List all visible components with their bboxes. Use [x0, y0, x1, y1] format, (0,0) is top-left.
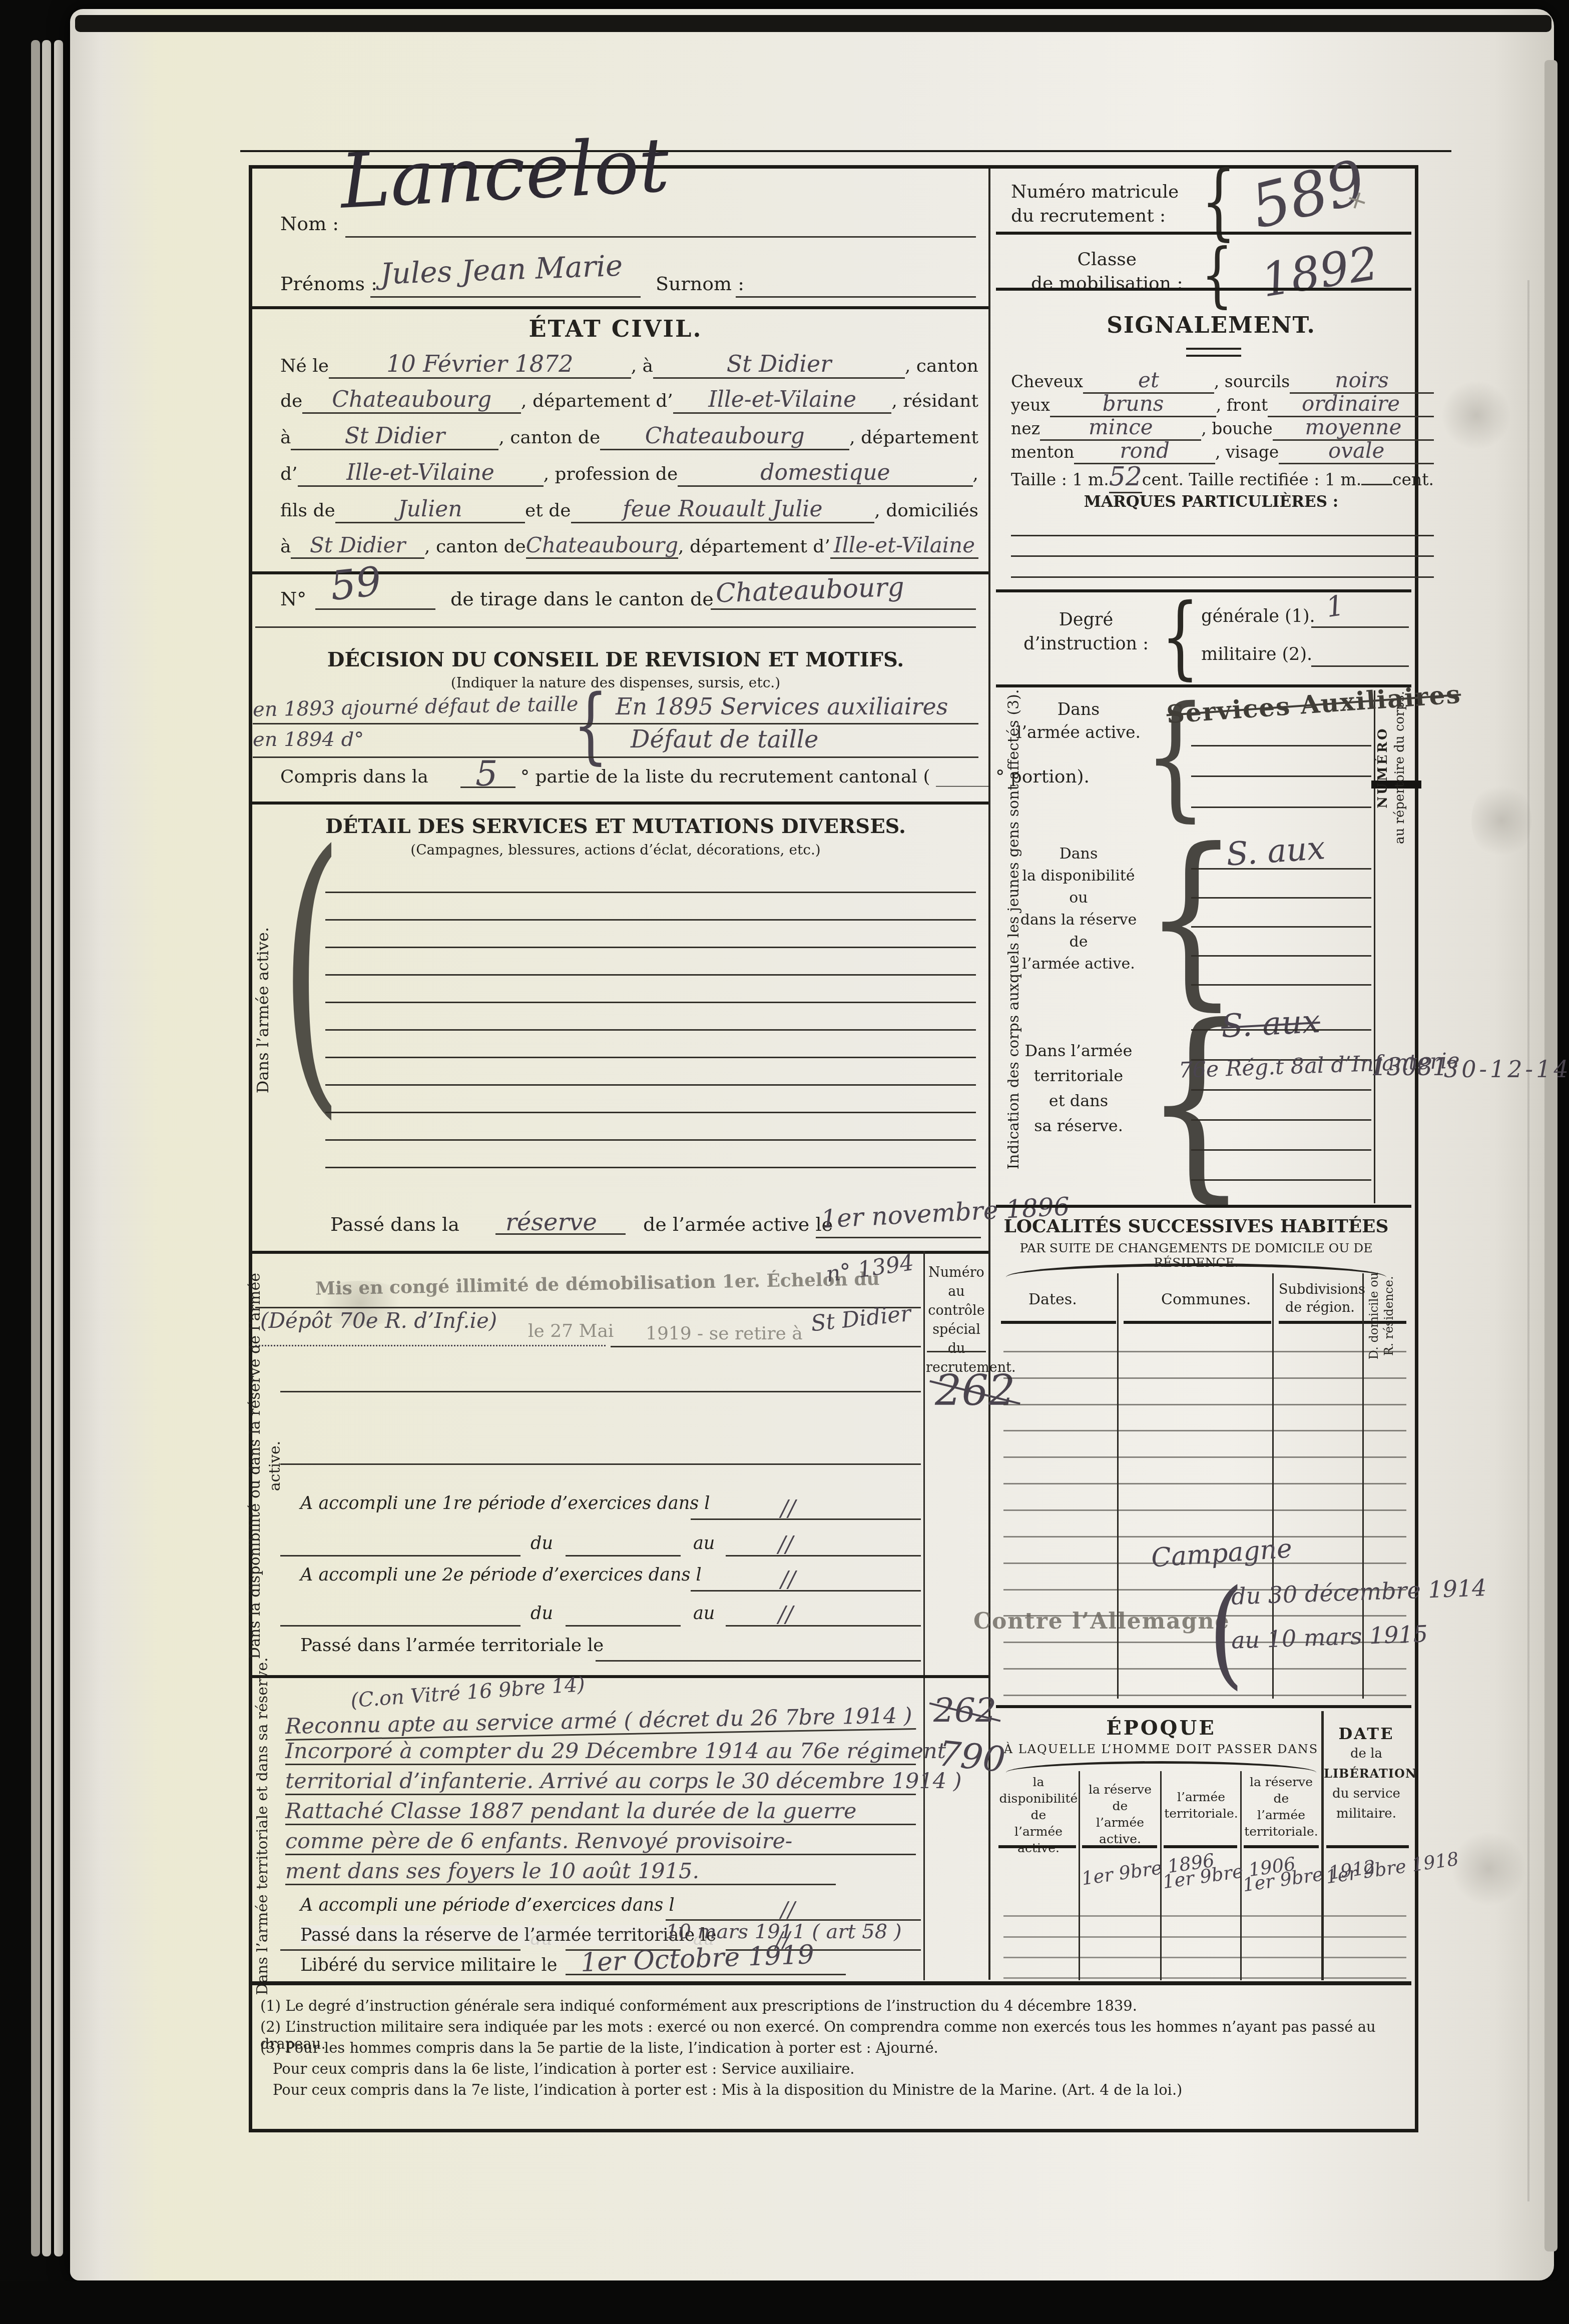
demob-dotted-line — [255, 1335, 606, 1346]
epoque-col2-header: la réserve de l’armée active. — [1080, 1781, 1160, 1847]
etat-civil-line-1: Né le 10 Février 1872 , à St Didier , ca… — [280, 350, 978, 379]
degre-militaire-label: militaire (2). — [1201, 644, 1312, 664]
terr-margin-262-text: 262 — [933, 1691, 996, 1730]
demob-hw2: (Dépôt 70e R. d’Inf.ie) — [260, 1308, 497, 1333]
signalement-title: SIGNALEMENT. — [1011, 313, 1411, 338]
tirage-no-line — [315, 590, 435, 610]
corps-terr-l4: sa réserve. — [1008, 1113, 1149, 1138]
territoriale-side-label: Dans l’armée territoriale et dans sa rés… — [253, 1636, 273, 2016]
value: et — [1083, 368, 1214, 394]
services-active-side-label: Dans l’armée active. — [253, 855, 272, 1165]
value: feue Rouault Julie — [571, 496, 875, 523]
degre-label: Degré d’instruction : — [1016, 608, 1156, 656]
label: Taille : 1 m. — [1011, 470, 1109, 489]
degre-brace: { — [1161, 585, 1199, 690]
epoque-col3-header: l’armée territoriale. — [1161, 1789, 1241, 1822]
nom-label: Nom : — [280, 213, 339, 235]
periode1-au-line — [726, 1555, 921, 1557]
epoque-c2-l3: l’armée active. — [1080, 1814, 1160, 1847]
corps-terr-label: Dans l’armée territoriale et dans sa rés… — [1008, 1038, 1149, 1138]
value: Ille-et-Vilaine — [673, 387, 892, 414]
periode2-au: au — [693, 1604, 715, 1624]
epoque-c4-l4: territoriale. — [1241, 1823, 1321, 1840]
epoque-c2-l2: de — [1080, 1798, 1160, 1814]
value: noirs — [1290, 368, 1434, 394]
controle-label: Numéro au contrôle spécial du recrutemen… — [926, 1263, 987, 1377]
epoque-c3-l2: territoriale. — [1161, 1805, 1241, 1822]
label: à — [280, 536, 291, 557]
label: Né le — [280, 356, 329, 376]
prenoms-label: Prénoms : — [280, 273, 377, 295]
value: moyenne — [1273, 415, 1434, 441]
decision-title: DÉCISION DU CONSEIL DE REVISION ET MOTIF… — [270, 648, 961, 671]
degre-label-l2: d’instruction : — [1016, 632, 1156, 656]
corps-dispo-lines — [1191, 841, 1371, 986]
epoque-c2-l1: la réserve — [1080, 1781, 1160, 1798]
epoque-date-l1: DATE — [1324, 1724, 1409, 1744]
value: rond — [1074, 438, 1215, 464]
epoque-rows — [1003, 1896, 1406, 1979]
epoque-c4-l2: de — [1241, 1790, 1321, 1807]
etat-civil-line-3: à St Didier , canton de Chateaubourg , d… — [280, 423, 978, 450]
value: St Didier — [291, 533, 424, 559]
periode1-au: au — [693, 1533, 715, 1554]
corps-terr-num: 13081 — [1371, 1053, 1448, 1081]
periode1-du: du — [531, 1533, 553, 1554]
label: à — [280, 427, 291, 448]
label: menton — [1011, 442, 1074, 462]
classe-label-line1: Classe — [1031, 248, 1183, 272]
terr-hw-line2: Incorporé à compter du 29 Décembre 1914 … — [285, 1739, 916, 1765]
passe-reserve-mid: de l’armée active le — [643, 1213, 833, 1235]
periode2-ditto2: // — [778, 1602, 793, 1628]
localites-col-subdiv: Subdivisions de région. — [1279, 1281, 1361, 1317]
label: , bouche — [1201, 419, 1273, 438]
page-fold-line — [1527, 280, 1529, 2201]
periode2-line — [691, 1590, 921, 1592]
dispo-blank1 — [280, 1391, 921, 1392]
epoque-c1-l3: de — [998, 1807, 1079, 1823]
libere-line — [566, 1974, 846, 1975]
footnote-4: Pour ceux compris dans la 6e liste, l’in… — [273, 2060, 1406, 2077]
marques-blank-lines — [1011, 515, 1434, 578]
periode2-label: A accompli une 2e période d’exercices da… — [300, 1565, 702, 1585]
scan-bottom-band — [0, 2281, 1569, 2324]
label: d’ — [280, 464, 298, 484]
decision-rule2 — [253, 756, 978, 758]
terr-hw-line5: comme père de 6 enfants. Renvoyé proviso… — [285, 1829, 916, 1855]
tirage-canton-line — [711, 590, 976, 610]
compris-post: ° partie de la liste du recrutement cant… — [520, 766, 1090, 787]
footnote-5: Pour ceux compris dans la 7e liste, l’in… — [273, 2081, 1406, 2098]
decision-line2-right: Défaut de taille — [631, 725, 819, 753]
value: ovale — [1279, 438, 1434, 464]
book-page-edge — [54, 40, 63, 2256]
taille-rectifiee-blank — [1361, 484, 1392, 485]
classe-rule — [996, 288, 1411, 291]
epoque-c4-l1: la réserve — [1241, 1774, 1321, 1790]
signalement-row-1: Cheveux et , sourcils noirs — [1011, 368, 1434, 394]
degre-generale-line — [1311, 626, 1409, 628]
label: , département d’ — [678, 536, 830, 557]
value: Chateaubourg — [302, 387, 521, 414]
controle-rule — [927, 1351, 986, 1352]
decision-rule1 — [253, 723, 978, 724]
epoque-header-rule1 — [998, 1845, 1076, 1848]
value: St Didier — [653, 350, 905, 379]
value: bruns — [1050, 391, 1216, 417]
terr-du-line-a — [280, 1949, 520, 1951]
passe-reserve-line2 — [816, 1217, 981, 1238]
label: , canton de — [498, 427, 600, 448]
localites-bottom-rule — [996, 1705, 1411, 1708]
label: cent. — [1392, 470, 1434, 489]
signalement-taille-row: Taille : 1 m. 52 cent. Taille rectifiée … — [1011, 462, 1434, 493]
corps-dispo-l5: de — [1008, 931, 1149, 953]
compris-pre: Compris dans la — [280, 766, 428, 787]
terr-passe-reserve-hw: 10 mars 1911 ( art 58 ) — [666, 1920, 902, 1943]
localites-header-rule1 — [1001, 1321, 1116, 1324]
degre-generale-label: générale (1). — [1201, 606, 1315, 626]
libere-label: Libéré du service militaire le — [300, 1955, 557, 1975]
terr-passe-reserve: Passé dans la réserve de l’armée territo… — [300, 1925, 716, 1945]
localites-col-subdiv-l2: de région. — [1279, 1299, 1361, 1317]
tirage-no-label: N° — [280, 588, 306, 610]
surnom-label: Surnom : — [656, 273, 744, 295]
periode2-du-line-b — [566, 1625, 681, 1627]
periode1-ditto2: // — [778, 1532, 793, 1558]
matricule-label-line2: du recrutement : — [1011, 204, 1179, 228]
matricule-label: Numéro matricule du recrutement : — [1011, 180, 1179, 228]
label: , visage — [1215, 442, 1279, 462]
book-page-edge — [42, 40, 51, 2256]
corps-terr-l3: et dans — [1008, 1088, 1149, 1113]
periode2-au-line — [726, 1625, 921, 1627]
etat-civil-line-4: d’ Ille-et-Vilaine , profession de domes… — [280, 460, 978, 487]
value: domestique — [678, 460, 972, 487]
terr-periode-ditto: // — [781, 1897, 795, 1922]
label: et de — [525, 500, 571, 521]
terr-periode-label: A accompli une période d’exercices dans … — [300, 1895, 675, 1915]
label: , canton de — [424, 536, 526, 557]
epoque-date-l5: militaire. — [1324, 1804, 1409, 1824]
tirage-blank-line — [255, 626, 976, 628]
signalement-bottom-rule — [996, 589, 1411, 592]
terr-passe-reserve-text: Passé dans la réserve de l’armée territo… — [300, 1925, 716, 1945]
classe-label-line2: de mobilisation : — [1031, 272, 1183, 296]
etat-civil-title: ÉTAT CIVIL. — [350, 315, 881, 342]
epoque-subtitle: À LAQUELLE L’HOMME DOIT PASSER DANS — [1001, 1742, 1321, 1756]
controle-column-line — [923, 1251, 925, 1980]
label: , — [973, 464, 978, 484]
label: , front — [1216, 395, 1268, 415]
surnom-line — [736, 276, 976, 298]
page-right-edge — [1544, 60, 1557, 2251]
epoque-c3-l1: l’armée — [1161, 1789, 1241, 1805]
epoque-title: ÉPOQUE — [1001, 1716, 1321, 1740]
terr-hw-line3: territorial d’infanterie. Arrivé au corp… — [285, 1769, 916, 1795]
classe-brace: { — [1201, 234, 1233, 316]
epoque-header-rule3 — [1164, 1845, 1237, 1848]
degre-label-l1: Degré — [1016, 608, 1156, 632]
etat-civil-line-5: fils de Julien et de feue Rouault Julie … — [280, 496, 978, 523]
value: ordinaire — [1268, 391, 1434, 417]
epoque-date-l2: de la — [1324, 1744, 1409, 1764]
compris-line — [460, 769, 515, 788]
epoque-date-l4: du service — [1324, 1784, 1409, 1804]
scan-top-band — [75, 15, 1551, 32]
tirage-text: de tirage dans le canton de — [450, 588, 714, 610]
dispo-bottom-rule — [249, 1675, 988, 1678]
label: , résidant — [891, 391, 978, 411]
services-title: DÉTAIL DES SERVICES ET MUTATIONS DIVERSE… — [270, 815, 961, 838]
periode1-du-line-a — [280, 1555, 520, 1557]
localites-col-dates: Dates. — [1028, 1291, 1077, 1308]
periode1-label: A accompli une 1re période d’exercices d… — [300, 1493, 710, 1513]
epoque-col4-header: la réserve de l’armée territoriale. — [1241, 1774, 1321, 1840]
localites-col-subdiv-l1: Subdivisions — [1279, 1281, 1361, 1299]
contre-allemagne-stamp: Contre l’Allemagne — [973, 1609, 1230, 1634]
signalement-row-2: yeux bruns , front ordinaire — [1011, 391, 1434, 417]
controle-label-l3: spécial du — [926, 1320, 987, 1358]
passe-reserve-line1 — [495, 1213, 626, 1235]
corps-terr-l1: Dans l’armée — [1008, 1038, 1149, 1063]
epoque-date-header: DATE de la LIBÉRATION du service militai… — [1324, 1724, 1409, 1824]
corps-terr-l2: territoriale — [1008, 1063, 1149, 1088]
corps-terr-date: 30-12-14 — [1444, 1056, 1569, 1083]
label: Cheveux — [1011, 372, 1083, 391]
label: , à — [631, 356, 653, 376]
epoque-c4-l3: l’armée — [1241, 1807, 1321, 1823]
value: Julien — [335, 496, 525, 523]
signalement-row-4: menton rond , visage ovale — [1011, 438, 1434, 464]
value: 10 Février 1872 — [329, 350, 631, 379]
decision-line1-right: En 1895 Services auxiliaires — [616, 693, 948, 720]
localites-header-rule2 — [1124, 1321, 1271, 1324]
label: , canton — [905, 356, 978, 376]
epoque-c1-l4: l’armée active. — [998, 1823, 1079, 1856]
footnote-1: (1) Le degré d’instruction générale sera… — [260, 1997, 1406, 2014]
nom-value: Lancelot — [338, 122, 671, 226]
passe-reserve-pre: Passé dans la — [330, 1213, 459, 1235]
corps-active-l1: Dans — [1016, 698, 1141, 721]
epoque-header-rule4 — [1244, 1845, 1319, 1848]
demob-stamp3: 1919 - se retire à — [646, 1323, 803, 1344]
marques-label: MARQUES PARTICULIÈRES : — [1011, 493, 1411, 511]
services-bottom-rule — [249, 1251, 988, 1254]
value: Ille-et-Vilaine — [298, 460, 544, 487]
epoque-c1-l1: la — [998, 1774, 1079, 1790]
value: Chateaubourg — [600, 423, 849, 450]
header-bottom-rule — [249, 306, 988, 309]
label: yeux — [1011, 395, 1050, 415]
label: nez — [1011, 419, 1040, 438]
label: de — [280, 391, 302, 411]
label: , département — [849, 427, 978, 448]
decision-subtitle: (Indiquer la nature des dispenses, sursi… — [270, 674, 961, 691]
controle-label-l1: Numéro — [926, 1263, 987, 1282]
localites-header-rule3 — [1279, 1321, 1406, 1324]
terr-margin-262: 262 — [933, 1691, 996, 1730]
corps-dispo-label: Dans la disponibilité ou dans la réserve… — [1008, 843, 1149, 975]
localites-col-communes: Communes. — [1161, 1291, 1251, 1308]
decision-line2-left: en 1894 d° — [253, 728, 364, 751]
passe-territoriale-label: Passé dans l’armée territoriale le — [300, 1635, 604, 1656]
corps-dispo-l4: dans la réserve — [1008, 909, 1149, 931]
corps-active-l2: l’armée active. — [1016, 721, 1141, 744]
label: , sourcils — [1214, 372, 1290, 391]
periode2-du-line-a — [280, 1625, 520, 1627]
passe-territoriale-line — [596, 1660, 921, 1662]
corps-active-lines — [1191, 715, 1371, 808]
epoque-date-l3: LIBÉRATION — [1324, 1764, 1409, 1784]
value: Chateaubourg — [526, 533, 678, 559]
terr-hw-line6: ment dans ses foyers le 10 août 1915. — [285, 1859, 836, 1885]
value: St Didier — [291, 423, 498, 450]
decision-bottom-rule — [249, 802, 988, 805]
localites-title: LOCALITÉS SUCCESSIVES HABITÉES — [1001, 1216, 1391, 1237]
controle-label-l2: au contrôle — [926, 1282, 987, 1320]
label: fils de — [280, 500, 335, 521]
value: 52 — [1109, 462, 1142, 493]
label: cent. Taille rectifiée : 1 m. — [1142, 470, 1361, 489]
epoque-col1-header: la disponibilité de l’armée active. — [998, 1774, 1079, 1856]
services-subtitle: (Campagnes, blessures, actions d’éclat, … — [270, 842, 961, 858]
epoque-header-rule5 — [1326, 1845, 1409, 1848]
periode1-du-line-b — [566, 1555, 681, 1557]
periode1-ditto: // — [781, 1496, 796, 1521]
corps-dispo-l6: l’armée active. — [1008, 953, 1149, 975]
epoque-header-rule2 — [1082, 1845, 1157, 1848]
label: , département d’ — [521, 391, 673, 411]
signalement-ornament — [1186, 348, 1241, 357]
etat-civil-line-6: à St Didier , canton de Chateaubourg , d… — [280, 533, 978, 559]
services-blank-lines — [325, 866, 976, 1168]
corps-active-label: Dans l’armée active. — [1016, 698, 1141, 744]
corps-dispo-l3: ou — [1008, 887, 1149, 909]
corps-bottom-rule — [996, 1205, 1411, 1208]
label: , domiciliés — [874, 500, 978, 521]
etat-civil-line-2: de Chateaubourg , département d’ Ille-et… — [280, 387, 978, 414]
value: Ille-et-Vilaine — [830, 533, 978, 559]
periode2-ditto: // — [781, 1567, 796, 1593]
corps-dispo-l1: Dans — [1008, 843, 1149, 865]
footnotes-top-rule — [249, 1981, 1411, 1985]
periode2-du: du — [531, 1604, 553, 1624]
corps-terr-lines — [1191, 1001, 1371, 1181]
demob-rule2 — [611, 1346, 921, 1347]
signalement-row-3: nez mince , bouche moyenne — [1011, 415, 1434, 441]
footnote-3: (3) Pour les hommes compris dans la 5e p… — [260, 2039, 1406, 2056]
book-page-edge — [31, 40, 40, 2256]
terr-hw-line4: Rattaché Classe 1887 pendant la durée de… — [285, 1799, 916, 1825]
dispo-blank2 — [280, 1463, 921, 1465]
value: mince — [1040, 415, 1201, 441]
corps-dispo-l2: la disponibilité — [1008, 865, 1149, 887]
epoque-c1-l2: disponibilité — [998, 1790, 1079, 1807]
periode1-line — [691, 1518, 921, 1520]
decision-brace: { — [573, 677, 608, 773]
scanned-register-page: Nom : Lancelot Prénoms : Jules Jean Mari… — [0, 0, 1569, 2324]
matricule-label-line1: Numéro matricule — [1011, 180, 1179, 204]
label: , profession de — [544, 464, 678, 484]
